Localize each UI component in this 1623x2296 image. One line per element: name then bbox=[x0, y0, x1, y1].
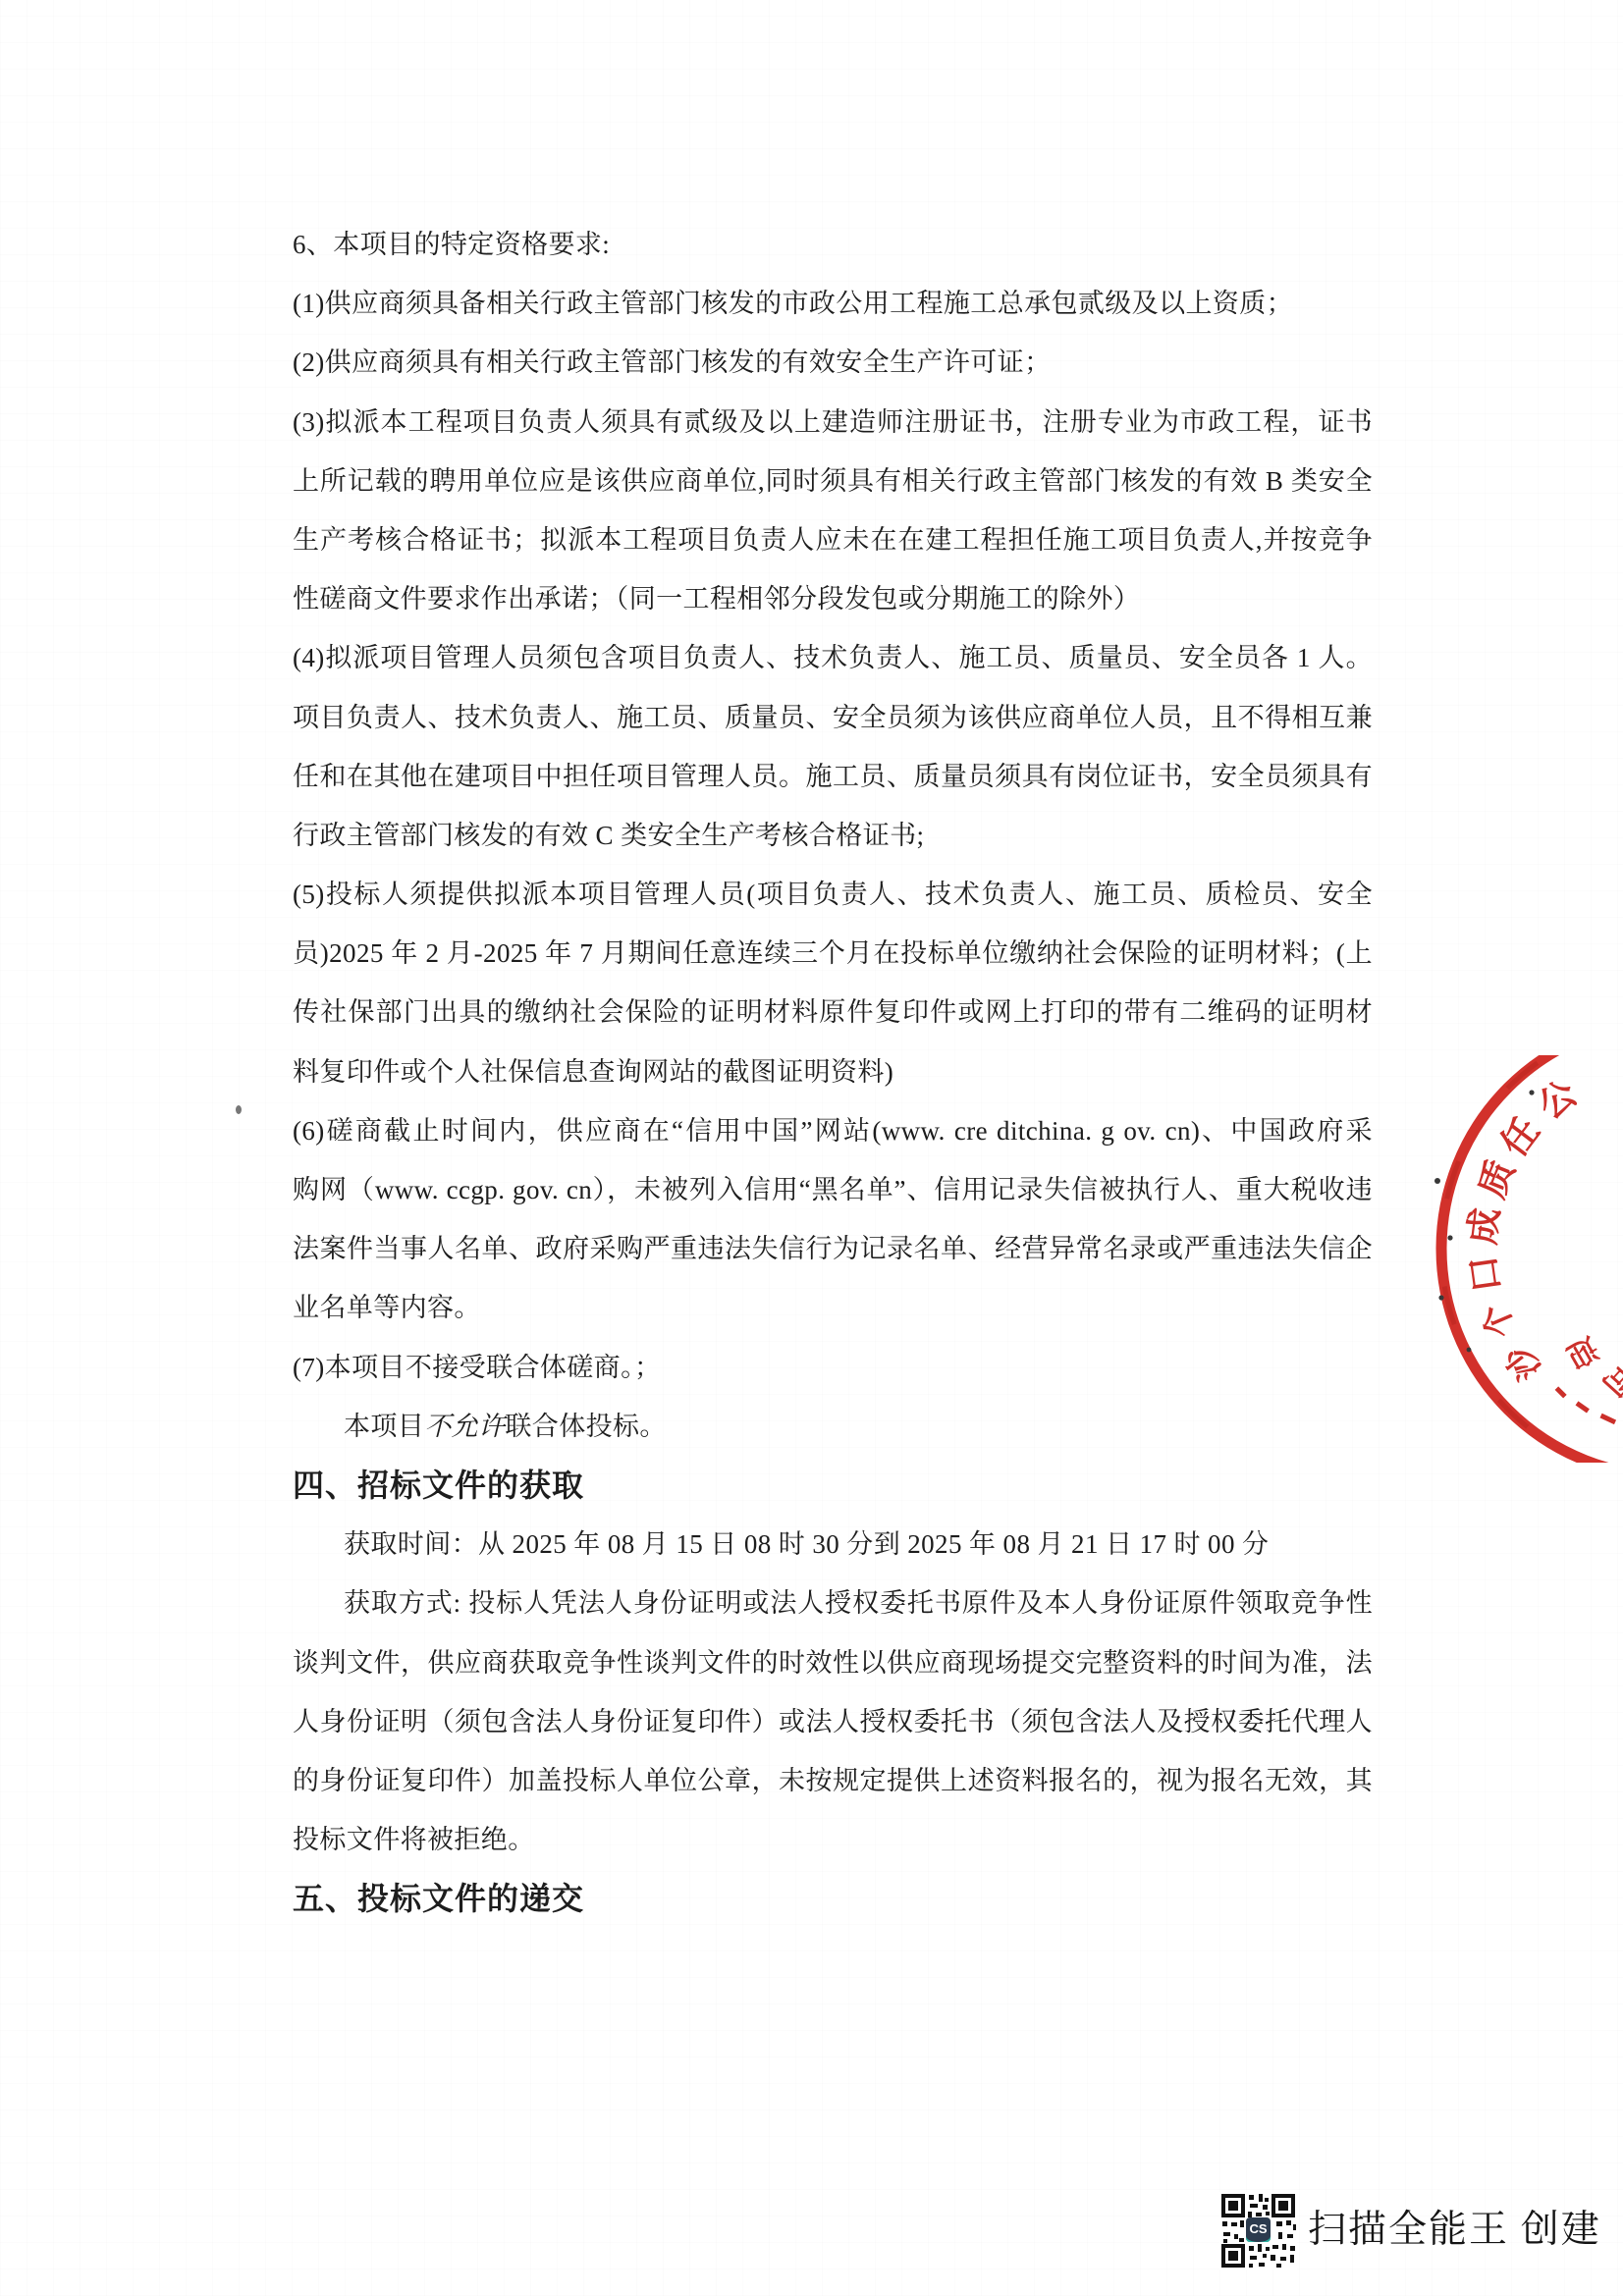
doc-line: (5)投标人须提供拟派本项目管理人员(项目负责人、技术负责人、施工员、质检员、安… bbox=[293, 865, 1373, 924]
svg-text:司: 司 bbox=[1596, 1358, 1623, 1401]
doc-line: 购网（www. ccgp. gov. cn），未被列入信用“黑名单”、信用记录失… bbox=[293, 1160, 1373, 1219]
camscanner-caption: 扫描全能王 创建 bbox=[1308, 2203, 1601, 2258]
svg-text:个: 个 bbox=[1476, 1298, 1523, 1343]
doc-text: 联合体投标。 bbox=[505, 1412, 666, 1441]
doc-line: 生产考核合格证书；拟派本工程项目负责人应未在在建工程担任施工项目负责人,并按竞争 bbox=[293, 510, 1373, 569]
doc-line: 上所记载的聘用单位应是该供应商单位,同时须具有相关行政主管部门核发的有效 B 类… bbox=[293, 452, 1373, 510]
doc-line: (3)拟派本工程项目负责人须具有贰级及以上建造师注册证书，注册专业为市政工程，证… bbox=[293, 393, 1373, 452]
doc-line-obtain-time: 获取时间：从 2025 年 08 月 15 日 08 时 30 分到 2025 … bbox=[293, 1515, 1373, 1574]
doc-line-no-consortium: 本项目不允许联合体投标。 bbox=[293, 1397, 1373, 1456]
section-heading-submit-bids: 五、投标文件的递交 bbox=[293, 1869, 1373, 1928]
scanned-document-page: 6、本项目的特定资格要求: (1)供应商须具备相关行政主管部门核发的市政公用工程… bbox=[0, 0, 1623, 2296]
doc-line: 员)2025 年 2 月-2025 年 7 月期间任意连续三个月在投标单位缴纳社… bbox=[293, 924, 1373, 983]
doc-line-obtain-method: 获取方式: 投标人凭法人身份证明或法人授权委托书原件及本人身份证原件领取竞争性 bbox=[293, 1574, 1373, 1632]
document-body: 6、本项目的特定资格要求: (1)供应商须具备相关行政主管部门核发的市政公用工程… bbox=[293, 215, 1373, 1928]
doc-line: 行政主管部门核发的有效 C 类安全生产考核合格证书; bbox=[293, 806, 1373, 865]
doc-line: 人身份证明（须包含法人身份证复印件）或法人授权委托书（须包含法人及授权委托代理人 bbox=[293, 1692, 1373, 1751]
svg-text:公: 公 bbox=[1532, 1074, 1585, 1128]
svg-text:沙: 沙 bbox=[1498, 1337, 1548, 1387]
doc-text-emphasis: 不允许 bbox=[424, 1412, 505, 1441]
qr-code: CS bbox=[1219, 2192, 1297, 2269]
svg-text:迎: 迎 bbox=[1561, 1330, 1602, 1373]
doc-line: 业名单等内容。 bbox=[293, 1278, 1373, 1337]
scan-artifact-dot bbox=[236, 1105, 242, 1114]
doc-line: 6、本项目的特定资格要求: bbox=[293, 215, 1373, 274]
svg-text:成: 成 bbox=[1462, 1205, 1507, 1247]
doc-line: 项目负责人、技术负责人、施工员、质量员、安全员须为该供应商单位人员，且不得相互兼 bbox=[293, 688, 1373, 747]
doc-line: 投标文件将被拒绝。 bbox=[293, 1810, 1373, 1869]
doc-line: 任和在其他在建项目中担任项目管理人员。施工员、质量员须具有岗位证书，安全员须具有 bbox=[293, 747, 1373, 806]
section-heading-obtain-documents: 四、招标文件的获取 bbox=[293, 1456, 1373, 1515]
doc-line: 的身份证复印件）加盖投标人单位公章，未按规定提供上述资料报名的，视为报名无效，其 bbox=[293, 1751, 1373, 1810]
doc-line: (7)本项目不接受联合体磋商。； bbox=[293, 1338, 1373, 1397]
doc-line: 法案件当事人名单、政府采购严重违法失信行为记录名单、经营异常名录或严重违法失信企 bbox=[293, 1219, 1373, 1278]
svg-text:CS: CS bbox=[1249, 2221, 1267, 2236]
doc-line: (2)供应商须具有相关行政主管部门核发的有效安全生产许可证； bbox=[293, 333, 1373, 392]
doc-line: 传社保部门出具的缴纳社会保险的证明材料原件复印件或网上打印的带有二维码的证明材 bbox=[293, 983, 1373, 1041]
doc-line: 料复印件或个人社保信息查询网站的截图证明资料) bbox=[293, 1042, 1373, 1101]
svg-text:质: 质 bbox=[1472, 1154, 1524, 1203]
doc-text: 本项目 bbox=[344, 1412, 424, 1441]
doc-line: (1)供应商须具备相关行政主管部门核发的市政公用工程施工总承包贰级及以上资质； bbox=[293, 274, 1373, 333]
doc-line: 性磋商文件要求作出承诺；（同一工程相邻分段发包或分期施工的除外） bbox=[293, 569, 1373, 628]
svg-text:任: 任 bbox=[1493, 1110, 1548, 1164]
svg-text:口: 口 bbox=[1464, 1254, 1509, 1295]
camscanner-logo: CS bbox=[1246, 2217, 1271, 2242]
company-seal-stamp: 公 任 质 成 口 个 沙 迎 司 bbox=[1375, 1055, 1623, 1463]
doc-line: 谈判文件，供应商获取竞争性谈判文件的时效性以供应商现场提交完整资料的时间为准，法 bbox=[293, 1633, 1373, 1692]
doc-line: (6)磋商截止时间内，供应商在“信用中国”网站(www. cre ditchin… bbox=[293, 1101, 1373, 1160]
doc-line: (4)拟派项目管理人员须包含项目负责人、技术负责人、施工员、质量员、安全员各 1… bbox=[293, 628, 1373, 687]
